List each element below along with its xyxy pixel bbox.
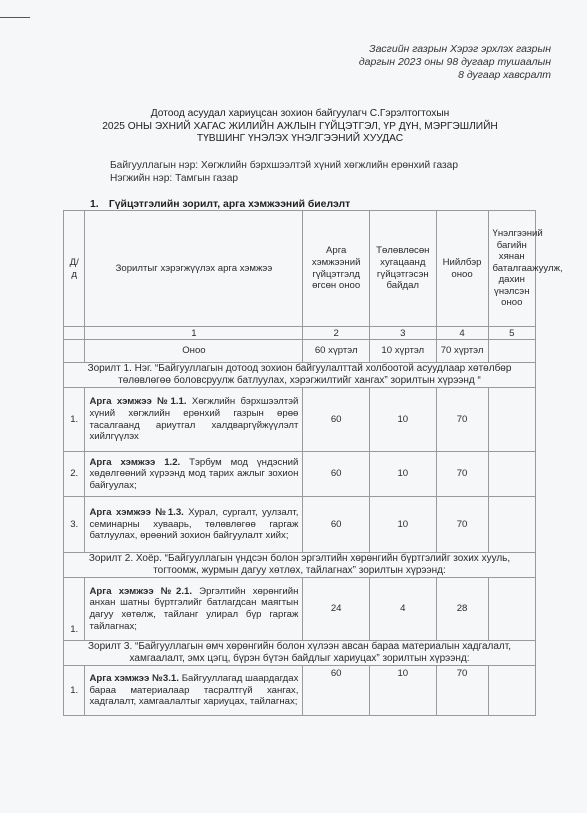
max-total-score: 70 хүртэл [436, 340, 488, 363]
timeliness-score: 10 [369, 388, 436, 452]
goal-title: Зорилт 3. “Байгууллагын өмч хөрөнгийн бо… [64, 641, 536, 666]
column-number [64, 327, 85, 340]
action-description: Арга хэмжээ №3.1. Байгууллагад шаардагда… [85, 666, 303, 716]
action-row: 1.Арга хэмжээ №2.1. Эргэлтийн хөрөнгийн … [64, 578, 536, 641]
max-performance-score: 60 хүртэл [303, 340, 370, 363]
action-row: 1.Арга хэмжээ №3.1. Байгууллагад шаардаг… [64, 666, 536, 716]
performance-score: 60 [303, 497, 370, 553]
performance-score: 24 [303, 578, 370, 641]
action-label: Арга хэмжээ №1.1. [89, 396, 186, 407]
action-index: 3. [64, 497, 85, 553]
timeliness-score: 4 [369, 578, 436, 641]
reviewed-score [488, 578, 535, 641]
title-line: Дотоод асуудал хариуцсан зохион байгуула… [60, 108, 540, 121]
action-row: 2.Арга хэмжээ 1.2. Тэрбум мод үндэсний х… [64, 452, 536, 497]
score-row-label: Оноо [85, 340, 303, 363]
action-row: 3.Арга хэмжээ №1.3. Хурал, сургалт, уулз… [64, 497, 536, 553]
action-description: Арга хэмжээ 1.2. Тэрбум мод үндэсний хөд… [85, 452, 303, 497]
title-line: 2025 ОНЫ ЭХНИЙ ХАГАС ЖИЛИЙН АЖЛЫН ГҮЙЦЭТ… [60, 121, 540, 134]
action-label: Арга хэмжээ 1.2. [89, 457, 180, 468]
header-cell: Төлөвлөсөн хугацаанд гүйцэтгэсэн байдал [369, 211, 436, 327]
action-index: 1. [64, 388, 85, 452]
header-cell: Үнэлгээний багийн хянан баталгаажуулж, д… [488, 211, 535, 327]
action-index: 1. [64, 578, 85, 641]
action-label: Арга хэмжээ №1.3. [89, 507, 183, 518]
column-number-row: 1 2 3 4 5 [64, 327, 536, 340]
goal-title: Зорилт 1. Нэг. “Байгууллагын дотоод зохи… [64, 363, 536, 388]
column-number: 4 [436, 327, 488, 340]
action-description: Арга хэмжээ №1.3. Хурал, сургалт, уулзал… [85, 497, 303, 553]
column-number: 1 [85, 327, 303, 340]
column-number: 3 [369, 327, 436, 340]
action-label: Арга хэмжээ №3.1. [89, 673, 178, 684]
reviewed-score [488, 388, 535, 452]
evaluation-table: Д/ д Зорилтыг хэрэгжүүлэх арга хэмжээ Ар… [63, 210, 536, 716]
action-index: 2. [64, 452, 85, 497]
score-limit-row: Оноо 60 хүртэл 10 хүртэл 70 хүртэл [64, 340, 536, 363]
annex-line: даргын 2023 оны 98 дугаар тушаалын [291, 56, 551, 69]
header-cell: Зорилтыг хэрэгжүүлэх арга хэмжээ [85, 211, 303, 327]
total-score: 28 [436, 578, 488, 641]
reviewed-score [488, 497, 535, 553]
section-heading: 1. Гүйцэтгэлийн зорилт, арга хэмжээний б… [90, 199, 350, 210]
action-description: Арга хэмжээ №2.1. Эргэлтийн хөрөнгийн ан… [85, 578, 303, 641]
timeliness-score: 10 [369, 497, 436, 553]
unit-name: Нэгжийн нэр: Тамгын газар [110, 173, 458, 186]
header-cell: Нийлбэр оноо [436, 211, 488, 327]
section-number: 1. [90, 199, 106, 210]
scan-corner-mark [0, 17, 30, 18]
goal-title: Зорилт 2. Хоёр. “Байгууллагын үндсэн бол… [64, 553, 536, 578]
action-index: 1. [64, 666, 85, 716]
max-timeliness-score: 10 хүртэл [369, 340, 436, 363]
total-score: 70 [436, 388, 488, 452]
title-line: ТҮВШИНГ ҮНЭЛЭХ ҮНЭЛГЭЭНИЙ ХУУДАС [60, 133, 540, 146]
header-cell: Д/ д [64, 211, 85, 327]
goal-row: Зорилт 1. Нэг. “Байгууллагын дотоод зохи… [64, 363, 536, 388]
performance-score: 60 [303, 388, 370, 452]
reviewed-score [488, 666, 535, 716]
section-title: Гүйцэтгэлийн зорилт, арга хэмжээний биел… [109, 199, 350, 210]
reviewed-score [488, 452, 535, 497]
timeliness-score: 10 [369, 666, 436, 716]
header-cell: Арга хэмжээний гүйцэтгэлд өгсөн оноо [303, 211, 370, 327]
action-description: Арга хэмжээ №1.1. Хөгжлийн бэрхшээлтэй х… [85, 388, 303, 452]
annex-line: 8 дугаар хавсралт [291, 69, 551, 82]
reviewed-score [488, 340, 535, 363]
annex-line: Засгийн газрын Хэрэг эрхлэх газрын [291, 43, 551, 56]
score-row-index [64, 340, 85, 363]
performance-score: 60 [303, 452, 370, 497]
column-number: 5 [488, 327, 535, 340]
total-score: 70 [436, 452, 488, 497]
action-row: 1.Арга хэмжээ №1.1. Хөгжлийн бэрхшээлтэй… [64, 388, 536, 452]
column-number: 2 [303, 327, 370, 340]
action-label: Арга хэмжээ №2.1. [89, 586, 192, 597]
organization-info: Байгууллагын нэр: Хөгжлийн бэрхшээлтэй х… [110, 160, 458, 185]
document-title: Дотоод асуудал хариуцсан зохион байгуула… [60, 108, 540, 146]
table-header-row: Д/ д Зорилтыг хэрэгжүүлэх арга хэмжээ Ар… [64, 211, 536, 327]
total-score: 70 [436, 497, 488, 553]
goal-row: Зорилт 2. Хоёр. “Байгууллагын үндсэн бол… [64, 553, 536, 578]
timeliness-score: 10 [369, 452, 436, 497]
annex-reference: Засгийн газрын Хэрэг эрхлэх газрын даргы… [291, 43, 551, 82]
performance-score: 60 [303, 666, 370, 716]
goal-row: Зорилт 3. “Байгууллагын өмч хөрөнгийн бо… [64, 641, 536, 666]
total-score: 70 [436, 666, 488, 716]
organization-name: Байгууллагын нэр: Хөгжлийн бэрхшээлтэй х… [110, 160, 458, 173]
